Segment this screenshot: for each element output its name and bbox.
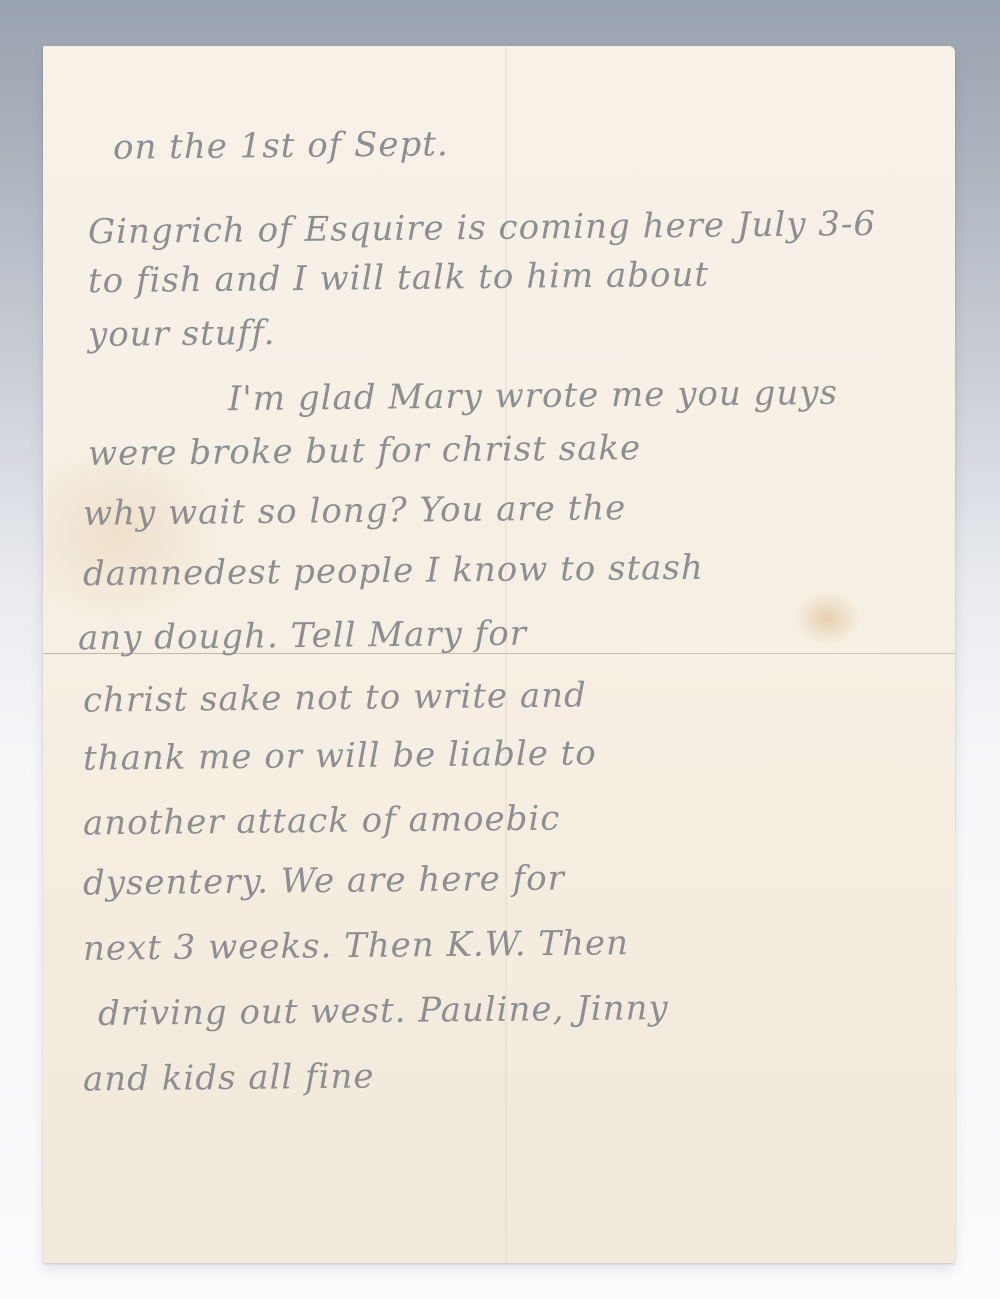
letter-line: christ sake not to write and [83,675,587,720]
letter-line: why wait so long? You are the [83,488,627,534]
letter-line: your stuff. [88,313,276,355]
letter-line: and kids all fine [83,1056,375,1099]
letter-line: on the 1st of Sept. [113,124,449,168]
letter-line: dysentery. We are here for [83,858,565,903]
letter-line: thank me or will be liable to [83,733,597,778]
letter-line: I'm glad Mary wrote me you guys [228,373,838,419]
letter-line: next 3 weeks. Then K.W. Then [83,923,629,969]
letter-line: driving out west. Pauline, Jinny [98,988,669,1034]
letter-page: on the 1st of Sept. Gingrich of Esquire … [43,46,955,1263]
letter-line: another attack of amoebic [83,799,561,844]
letter-line: damnedest people I know to stash [83,548,704,594]
letter-line: were broke but for christ sake [88,428,641,474]
letter-line: Gingrich of Esquire is coming here July … [88,204,876,252]
letter-line: any dough. Tell Mary for [78,614,527,659]
letter-line: to fish and I will talk to him about [88,255,709,302]
